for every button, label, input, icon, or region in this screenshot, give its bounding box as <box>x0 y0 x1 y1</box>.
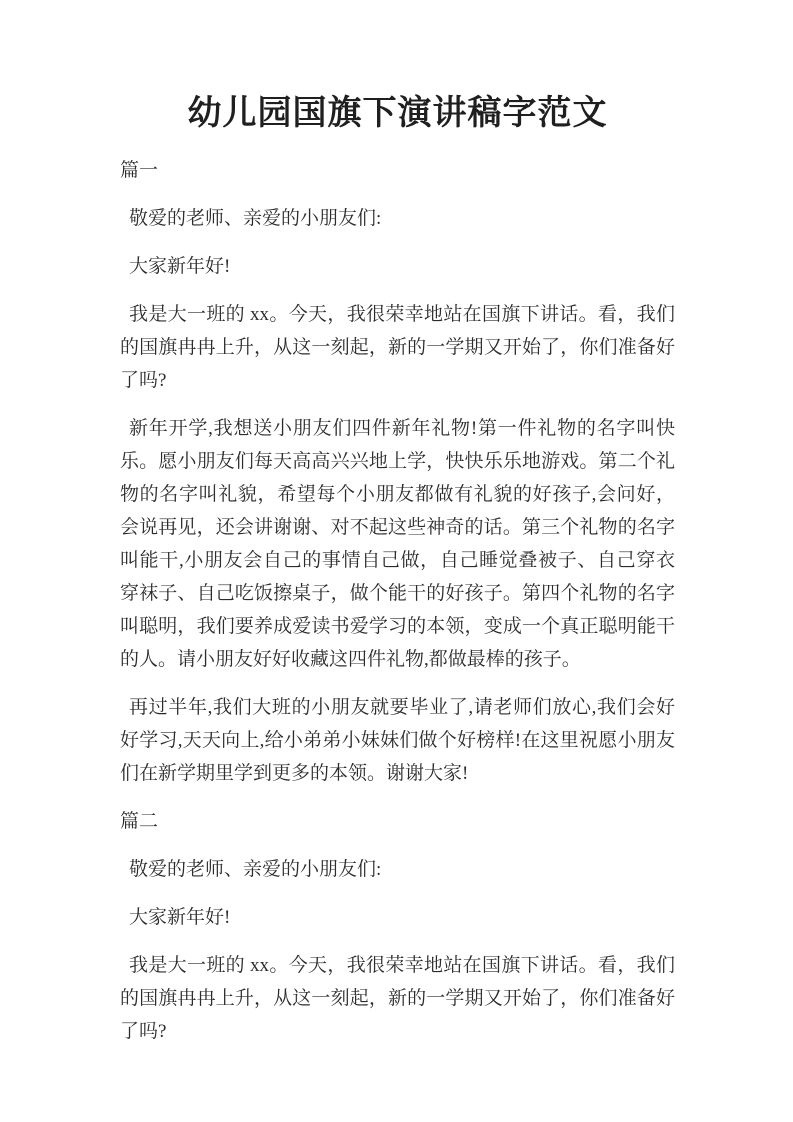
section-two-heading: 篇二 <box>120 805 675 838</box>
paragraph-closing: 再过半年,我们大班的小朋友就要毕业了,请老师们放心,我们会好好学习,天天向上,给… <box>120 691 675 790</box>
page-title: 幼儿园国旗下演讲稿字范文 <box>120 93 675 136</box>
document-page: 幼儿园国旗下演讲稿字范文 篇一 敬爱的老师、亲爱的小朋友们: 大家新年好! 我是… <box>0 0 793 1122</box>
paragraph-greeting: 大家新年好! <box>120 250 675 283</box>
section-part-one: 篇一 敬爱的老师、亲爱的小朋友们: 大家新年好! 我是大一班的 xx。今天，我很… <box>120 154 675 790</box>
paragraph-greeting: 大家新年好! <box>120 901 675 934</box>
paragraph-salutation: 敬爱的老师、亲爱的小朋友们: <box>120 853 675 886</box>
paragraph-four-gifts: 新年开学,我想送小朋友们四件新年礼物!第一件礼物的名字叫快乐。愿小朋友们每天高高… <box>120 412 675 676</box>
paragraph-salutation: 敬爱的老师、亲爱的小朋友们: <box>120 202 675 235</box>
paragraph-intro: 我是大一班的 xx。今天，我很荣幸地站在国旗下讲话。看，我们的国旗冉冉上升，从这… <box>120 298 675 397</box>
paragraph-intro: 我是大一班的 xx。今天，我很荣幸地站在国旗下讲话。看，我们的国旗冉冉上升，从这… <box>120 949 675 1048</box>
section-one-heading: 篇一 <box>120 154 675 187</box>
section-part-two: 篇二 敬爱的老师、亲爱的小朋友们: 大家新年好! 我是大一班的 xx。今天，我很… <box>120 805 675 1048</box>
